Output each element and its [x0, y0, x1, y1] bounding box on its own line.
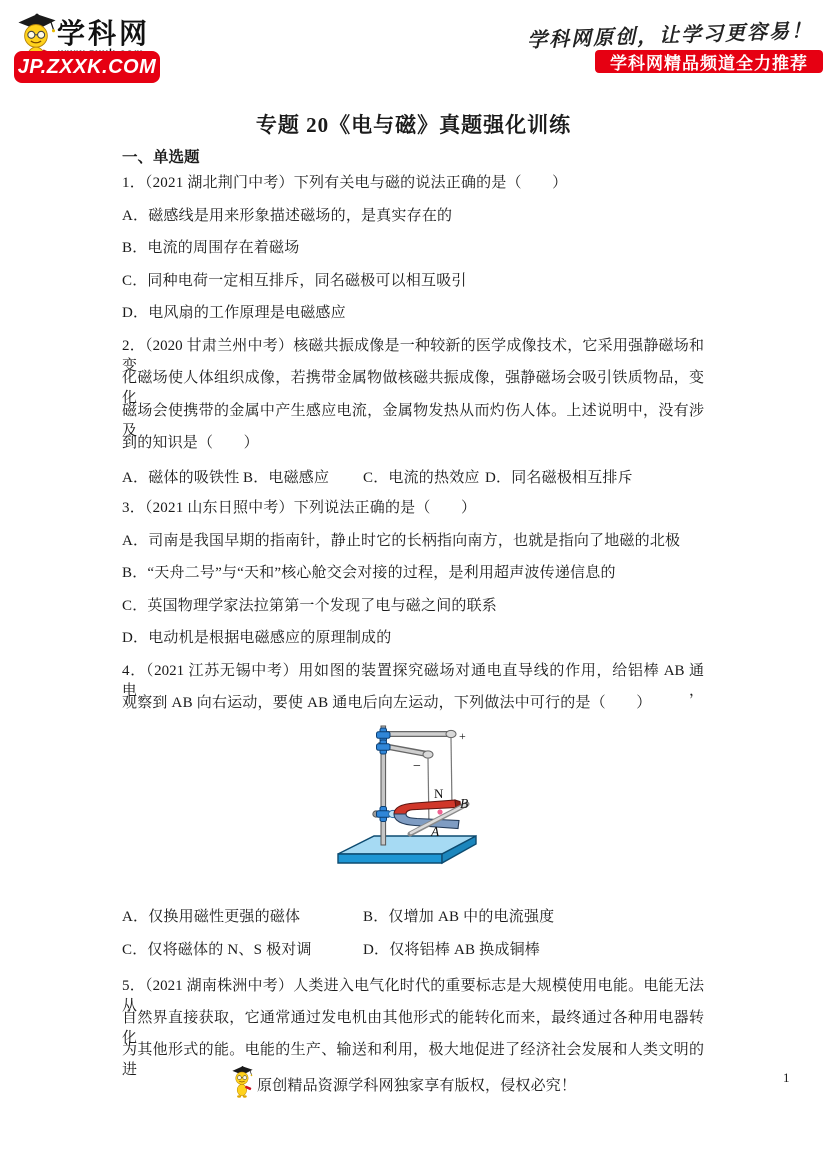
n-pole-label: N: [434, 786, 444, 801]
q1-option-b: B．电流的周围存在着磁场: [122, 238, 299, 258]
q3-option-a: A．司南是我国早期的指南针，静止时它的长柄指向南方，也就是指向了地磁的北极: [122, 531, 680, 551]
q4-apparatus-figure: + − N B A: [330, 724, 545, 886]
exam-document-page: 学科网 www.zxxk.com JP.ZXXK.COM 学科网原创，让学习更容…: [0, 0, 827, 1169]
rod-contact-dot: [437, 809, 442, 814]
stand-base-front: [338, 854, 442, 863]
q4-option-d: D．仅将铝棒 AB 换成铜棒: [363, 938, 540, 959]
clamp-magnet-icon: [377, 807, 391, 822]
q2-option-a: A．磁体的吸铁性: [122, 466, 239, 487]
q2-option-b: B．电磁感应: [243, 466, 329, 487]
positive-terminal: [446, 730, 456, 737]
page-number: 1: [783, 1070, 790, 1086]
q4-options-row1: A．仅换用磁性更强的磁体 B．仅增加 AB 中的电流强度: [122, 905, 722, 925]
section-heading: 一、单选题: [122, 145, 200, 167]
q4-stem-line2: 观察到 AB 向右运动，要使 AB 通电后向左运动，下列做法中可行的是（ ）: [122, 693, 651, 713]
header-slogan: 学科网原创，让学习更容易！: [527, 14, 814, 53]
promo-badge-label: 学科网精品频道全力推荐: [610, 49, 808, 74]
q3-option-b: B．“天舟二号”与“天和”核心舱交会对接的过程，是利用超声波传递信息的: [122, 563, 616, 583]
q3-stem: 3．（2021 山东日照中考）下列说法正确的是（ ）: [122, 498, 476, 518]
q4-option-c: C．仅将磁体的 N、S 极对调: [122, 938, 312, 959]
q3-option-d: D．电动机是根据电磁感应的原理制成的: [122, 628, 391, 648]
page-title: 专题 20《电与磁》真题强化训练: [0, 109, 827, 139]
q2-option-d: D．同名磁极相互排斥: [485, 466, 633, 487]
minus-terminal-label: −: [413, 759, 421, 774]
q4-options-row2: C．仅将磁体的 N、S 极对调 D．仅将铝棒 AB 换成铜棒: [122, 938, 722, 958]
point-b-label: B: [460, 796, 468, 811]
point-a-label: A: [430, 824, 440, 839]
q4-option-b: B．仅增加 AB 中的电流强度: [363, 905, 554, 926]
wire-right: [451, 738, 452, 807]
q1-option-c: C．同种电荷一定相互排斥，同名磁极可以相互吸引: [122, 271, 467, 291]
plus-terminal-label: +: [459, 729, 466, 743]
q2-option-c: C．电流的热效应: [363, 466, 480, 487]
q1-stem: 1．（2021 湖北荆门中考）下列有关电与磁的说法正确的是（ ）: [122, 173, 567, 193]
negative-terminal: [423, 751, 433, 758]
q4-option-a: A．仅换用磁性更强的磁体: [122, 905, 300, 926]
q2-stem-line4: 到的知识是（ ）: [122, 433, 259, 453]
q1-option-d: D．电风扇的工作原理是电磁感应: [122, 303, 346, 323]
clamp-middle-icon: [377, 740, 391, 754]
wire-left: [428, 758, 429, 827]
copyright-notice: 原创精品资源学科网独家享有版权，侵权必究！: [257, 1074, 576, 1095]
site-name: 学科网: [57, 12, 150, 52]
q2-options-row: A．磁体的吸铁性 B．电磁感应 C．电流的热效应 D．同名磁极相互排斥: [122, 466, 722, 486]
footer-mascot-icon: [231, 1063, 254, 1099]
jp-zxxk-badge-label: JP.ZXXK.COM: [18, 56, 157, 79]
jp-zxxk-badge: JP.ZXXK.COM: [14, 51, 160, 83]
q3-option-c: C．英国物理学家法拉第第一个发现了电与磁之间的联系: [122, 596, 497, 616]
promo-badge: 学科网精品频道全力推荐: [595, 50, 823, 73]
q1-option-a: A．磁感线是用来形象描述磁场的，是真实存在的: [122, 206, 452, 226]
